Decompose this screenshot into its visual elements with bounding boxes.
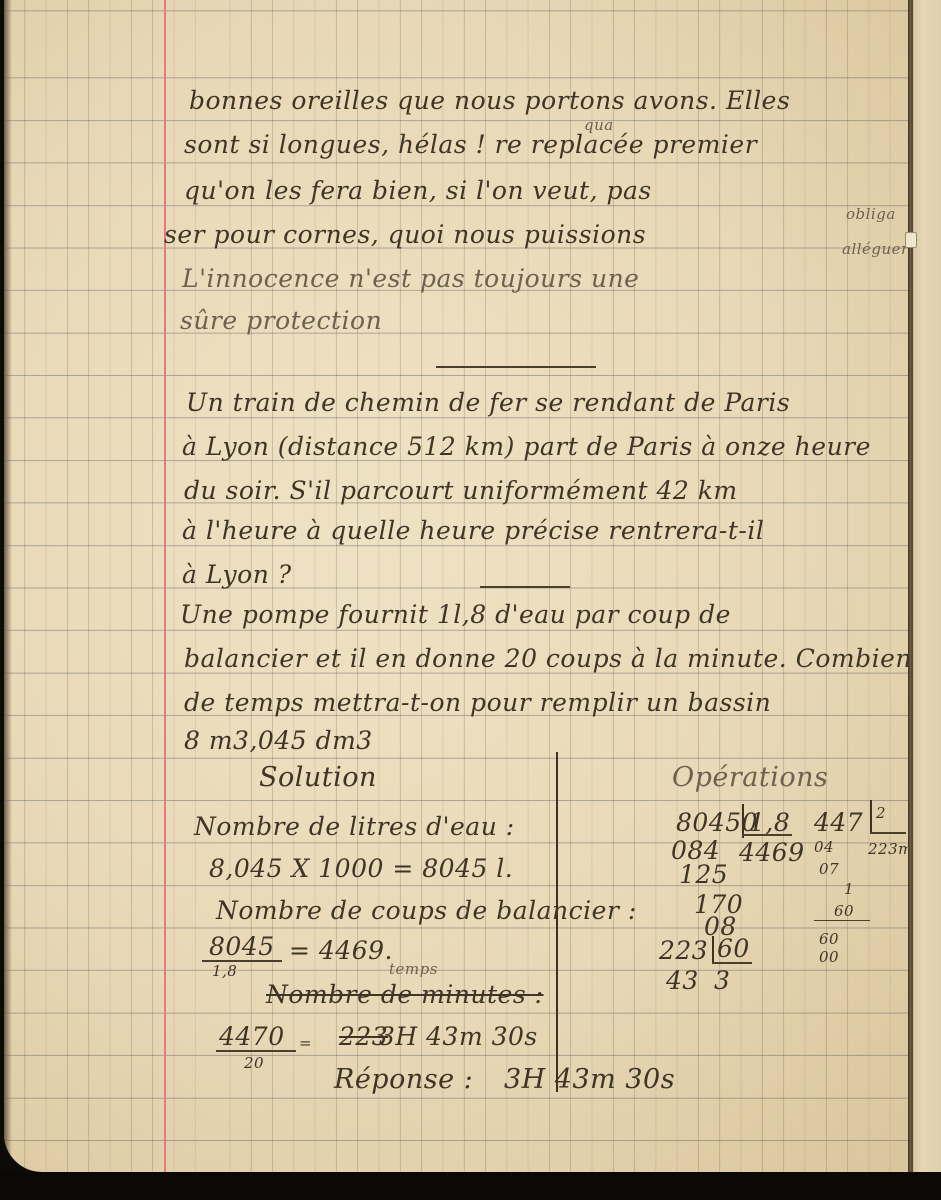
- margin-correction-bottom: alléguer: [842, 240, 909, 258]
- problem-2-line-3: de temps mettra-t-on pour remplir un bas…: [184, 688, 771, 717]
- dictation-line-2: sont si longues, hélas ! re replacée pre…: [184, 130, 757, 159]
- margin-correction-top: obliga: [846, 205, 896, 223]
- division-1-bracket: [742, 804, 744, 838]
- division-2-divisor: 2: [876, 804, 886, 822]
- solution-step3-correction: temps: [389, 960, 438, 978]
- solution-step1-calc: 8,045 X 1000 = 8045 l.: [209, 854, 513, 883]
- division-1-divisor: 1,8: [749, 808, 790, 837]
- division-2-remainder-4: 60: [834, 902, 854, 920]
- binding-fold-line: [911, 0, 913, 1175]
- division-2-remainder-5: 60: [819, 930, 839, 948]
- solution-step3-label: Nombre de minutes :: [266, 980, 544, 1009]
- problem-1-line-3: du soir. S'il parcourt uniformément 42 k…: [184, 476, 738, 505]
- division-3-bracket: [712, 936, 714, 964]
- dictation-line-4: ser pour cornes, quoi nous puissions: [164, 220, 646, 249]
- division-3-divisor: 60: [717, 934, 750, 963]
- page-left-edge: [4, 0, 12, 1172]
- solution-step2-numerator: 8045: [209, 932, 275, 961]
- section-divider: [436, 366, 596, 368]
- dictation-line-3: qu'on les fera bien, si l'on veut, pas: [184, 176, 652, 205]
- division-2-quotient: 223m,5: [868, 840, 912, 858]
- binding-staple: [905, 232, 917, 248]
- fraction-bar-2: [216, 1050, 296, 1052]
- division-2-remainder-6: 00: [819, 948, 839, 966]
- problem-1-line-4: à l'heure à quelle heure précise rentrer…: [182, 516, 764, 545]
- division-1-quotient: 4469: [739, 838, 805, 867]
- problem-1-line-2: à Lyon (distance 512 km) part de Paris à…: [182, 432, 871, 461]
- red-margin-line: [164, 0, 166, 1172]
- division-3-quotient: 3: [714, 966, 730, 995]
- column-divider: [556, 752, 558, 1092]
- dictation-line-5: L'innocence n'est pas toujours une: [182, 264, 639, 293]
- solution-step2-result: = 4469.: [289, 936, 393, 965]
- problem-2-line-4: 8 m3,045 dm3: [184, 726, 373, 755]
- answer-label: Réponse :: [334, 1064, 473, 1095]
- problem-1-line-1: Un train de chemin de fer se rendant de …: [186, 388, 790, 417]
- dictation-line-6: sûre protection: [180, 306, 382, 335]
- problem-1-line-5: à Lyon ?: [182, 560, 292, 589]
- division-3-dividend: 223: [659, 936, 708, 965]
- problem-2-line-1: Une pompe fournit 1l,8 d'eau par coup de: [180, 600, 731, 629]
- solution-step3-numerator: 4470: [219, 1022, 285, 1051]
- solution-title: Solution: [259, 762, 377, 793]
- dictation-line-1: bonnes oreilles que nous portons avons. …: [189, 86, 790, 115]
- division-2-remainder-2: 07: [819, 860, 839, 878]
- problem-divider: [480, 586, 570, 588]
- problem-2-line-2: balancier et il en donne 20 coups à la m…: [184, 644, 912, 673]
- notebook-page: bonnes oreilles que nous portons avons. …: [4, 0, 912, 1172]
- division-2-bar: [870, 832, 906, 834]
- solution-step2-label: Nombre de coups de balancier :: [216, 896, 637, 925]
- division-1-dividend: 80450: [676, 808, 758, 837]
- division-1-remainder-2: 125: [679, 860, 728, 889]
- solution-step1-label: Nombre de litres d'eau :: [194, 812, 515, 841]
- solution-step2-denominator: 1,8: [212, 962, 237, 980]
- solution-step3-result: 3H 43m 30s: [379, 1022, 538, 1051]
- equals-sign: =: [299, 1034, 312, 1052]
- answer-value: 3H 43m 30s: [504, 1064, 675, 1095]
- background-shadow: [0, 1172, 941, 1200]
- division-2-subtract-bar: [814, 920, 870, 921]
- operations-title: Opérations: [672, 762, 828, 793]
- correction-above: qua: [584, 116, 614, 134]
- division-3-remainder: 43: [666, 966, 699, 995]
- division-2-dividend: 447: [814, 808, 863, 837]
- division-2-bracket: [870, 800, 872, 834]
- division-2-remainder-1: 04: [814, 838, 834, 856]
- solution-step3-denominator: 20: [244, 1054, 264, 1072]
- division-2-remainder-3: 1: [844, 880, 854, 898]
